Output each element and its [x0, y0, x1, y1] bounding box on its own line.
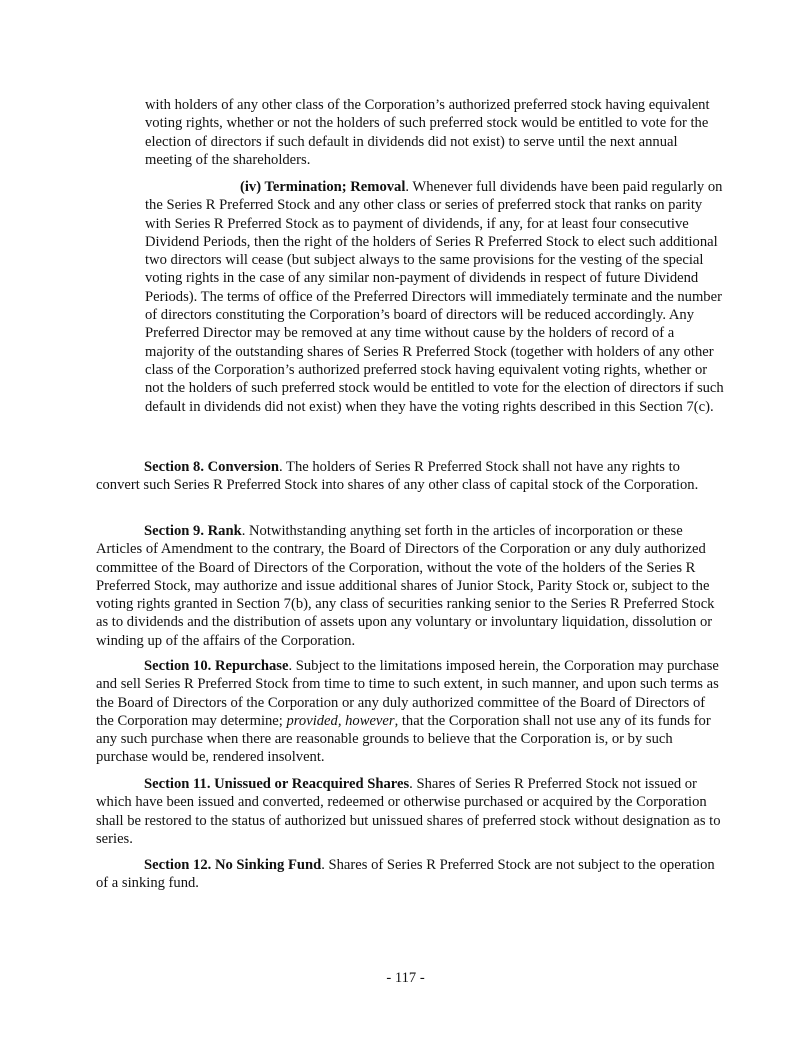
paragraph-continuation: with holders of any other class of the C…: [145, 96, 725, 169]
paragraph-section-8: Section 8. Conversion. The holders of Se…: [96, 458, 726, 495]
paragraph-text: . Notwithstanding anything set forth in …: [96, 523, 714, 649]
paragraph-termination-removal: (iv) Termination; Removal. Whenever full…: [145, 178, 725, 416]
section-heading: Section 11. Unissued or Reacquired Share…: [144, 776, 409, 792]
paragraph-section-10: Section 10. Repurchase. Subject to the l…: [96, 657, 726, 767]
paragraph-text: with holders of any other class of the C…: [145, 97, 710, 168]
document-page: with holders of any other class of the C…: [0, 0, 811, 1050]
section-heading: Section 9. Rank: [144, 523, 242, 539]
section-heading: Section 10. Repurchase: [144, 658, 288, 674]
paragraph-section-12: Section 12. No Sinking Fund. Shares of S…: [96, 856, 726, 893]
paragraph-text: . Whenever full dividends have been paid…: [145, 179, 724, 415]
page-number: - 117 -: [0, 969, 811, 987]
paragraph-section-9: Section 9. Rank. Notwithstanding anythin…: [96, 522, 726, 650]
italic-proviso: provided, however: [286, 713, 394, 729]
paragraph-section-11: Section 11. Unissued or Reacquired Share…: [96, 775, 726, 848]
paragraph-heading: (iv) Termination; Removal: [240, 179, 405, 195]
section-heading: Section 12. No Sinking Fund: [144, 857, 321, 873]
section-heading: Section 8. Conversion: [144, 459, 279, 475]
